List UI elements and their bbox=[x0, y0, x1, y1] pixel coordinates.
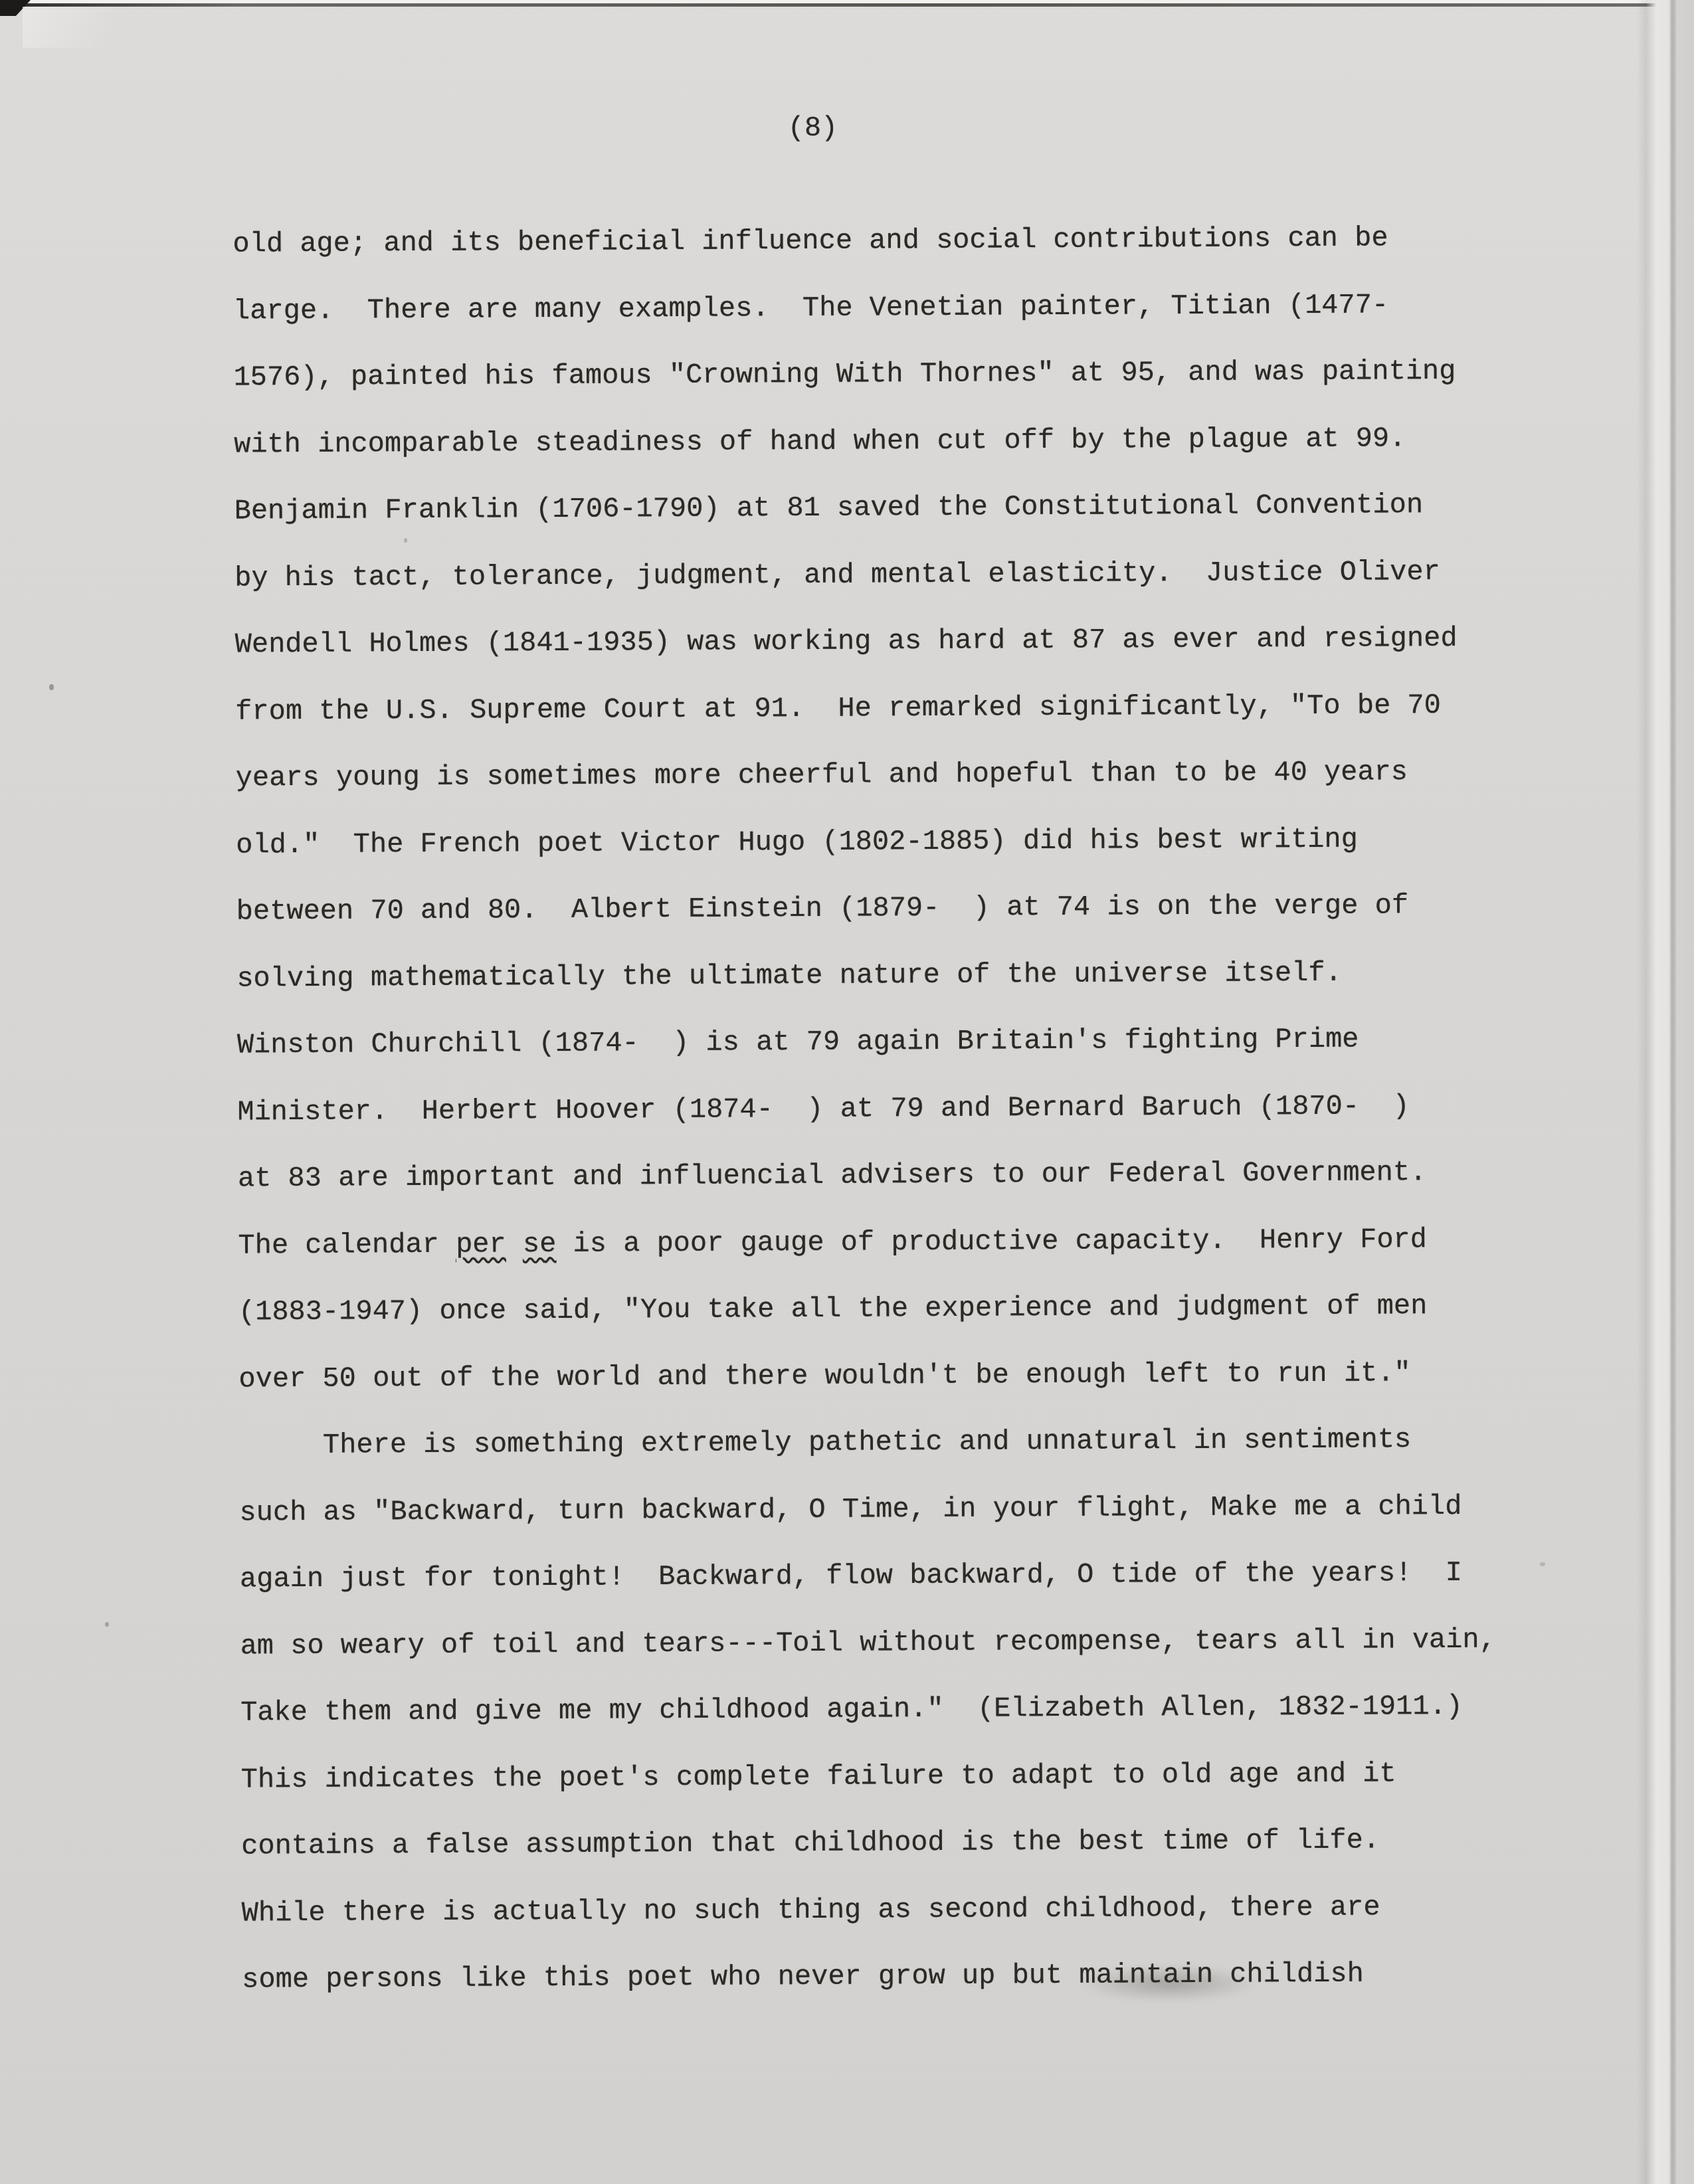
text-segment: This indicates the poet's complete failu… bbox=[241, 1758, 1396, 1795]
text-line: Benjamin Franklin (1706-1790) at 81 save… bbox=[234, 471, 1611, 545]
text-line: old." The French poet Victor Hugo (1802-… bbox=[236, 804, 1613, 878]
text-line: again just for tonight! Backward, flow b… bbox=[240, 1539, 1617, 1613]
text-line: Minister. Herbert Hoover (1874- ) at 79 … bbox=[237, 1071, 1614, 1145]
text-segment: 1576), painted his famous "Crowning With… bbox=[233, 355, 1456, 394]
text-line: old age; and its beneficial influence an… bbox=[233, 204, 1610, 278]
page-number: (8) bbox=[787, 95, 838, 161]
text-segment: solving mathematically the ultimate natu… bbox=[236, 956, 1342, 994]
text-segment: by his tact, tolerance, judgment, and me… bbox=[235, 555, 1440, 594]
underlined-term: se bbox=[523, 1228, 557, 1259]
text-segment: contains a false assumption that childho… bbox=[241, 1824, 1380, 1862]
text-segment: some persons like this poet who never gr… bbox=[242, 1958, 1364, 1996]
text-segment: with incomparable steadiness of hand whe… bbox=[234, 422, 1406, 460]
underlined-term: per bbox=[456, 1228, 506, 1260]
text-line: am so weary of toil and tears---Toil wit… bbox=[240, 1605, 1617, 1679]
text-line: at 83 are important and influencial advi… bbox=[238, 1138, 1615, 1212]
text-segment: from the U.S. Supreme Court at 91. He re… bbox=[235, 689, 1441, 727]
text-segment: Winston Churchill (1874- ) is at 79 agai… bbox=[237, 1024, 1359, 1061]
text-segment: again just for tonight! Backward, flow b… bbox=[240, 1557, 1462, 1595]
text-line: some persons like this poet who never gr… bbox=[242, 1940, 1619, 2013]
typed-content: (8) old age; and its beneficial influenc… bbox=[0, 0, 1694, 2184]
text-line: (1883-1947) once said, "You take all the… bbox=[238, 1272, 1616, 1346]
text-segment: between 70 and 80. Albert Einstein (1879… bbox=[236, 889, 1409, 927]
text-segment: over 50 out of the world and there would… bbox=[238, 1357, 1411, 1395]
scanned-document: (8) old age; and its beneficial influenc… bbox=[0, 0, 1694, 2184]
text-segment: such as "Backward, turn backward, O Time… bbox=[239, 1490, 1461, 1528]
text-line: While there is actually no such thing as… bbox=[241, 1872, 1618, 1946]
text-segment: old." The French poet Victor Hugo (1802-… bbox=[236, 823, 1358, 861]
text-line: Take them and give me my childhood again… bbox=[240, 1673, 1618, 1746]
text-segment: (1883-1947) once said, "You take all the… bbox=[238, 1290, 1428, 1328]
text-line: This indicates the poet's complete failu… bbox=[240, 1739, 1618, 1813]
text-line: over 50 out of the world and there would… bbox=[238, 1338, 1616, 1412]
text-segment: There is something extremely pathetic an… bbox=[239, 1423, 1412, 1461]
text-line: Wendell Holmes (1841-1935) was working a… bbox=[235, 604, 1612, 678]
text-segment: While there is actually no such thing as… bbox=[242, 1891, 1380, 1929]
text-line: There is something extremely pathetic an… bbox=[239, 1406, 1616, 1479]
document-body: old age; and its beneficial influence an… bbox=[233, 204, 1619, 2013]
text-line: with incomparable steadiness of hand whe… bbox=[234, 404, 1611, 478]
text-line: solving mathematically the ultimate natu… bbox=[236, 938, 1614, 1012]
text-segment: is a poor gauge of productive capacity. … bbox=[556, 1224, 1427, 1260]
text-segment: Take them and give me my childhood again… bbox=[240, 1690, 1463, 1729]
text-segment: large. There are many examples. The Vene… bbox=[233, 289, 1388, 327]
text-segment: old age; and its beneficial influence an… bbox=[233, 222, 1388, 260]
text-segment: Wendell Holmes (1841-1935) was working a… bbox=[235, 622, 1458, 661]
text-segment bbox=[506, 1228, 523, 1260]
text-segment: am so weary of toil and tears---Toil wit… bbox=[240, 1623, 1496, 1662]
text-segment: years young is sometimes more cheerful a… bbox=[236, 756, 1408, 794]
text-segment: at 83 are important and influencial advi… bbox=[238, 1156, 1427, 1194]
text-line: from the U.S. Supreme Court at 91. He re… bbox=[235, 671, 1612, 745]
text-line: contains a false assumption that childho… bbox=[241, 1806, 1618, 1880]
text-line: The calendar per se is a poor gauge of p… bbox=[238, 1205, 1615, 1279]
text-line: between 70 and 80. Albert Einstein (1879… bbox=[236, 871, 1614, 945]
text-line: Winston Churchill (1874- ) is at 79 agai… bbox=[237, 1005, 1614, 1079]
text-line: such as "Backward, turn backward, O Time… bbox=[239, 1472, 1616, 1546]
text-segment: Benjamin Franklin (1706-1790) at 81 save… bbox=[235, 489, 1424, 527]
text-line: large. There are many examples. The Vene… bbox=[233, 270, 1610, 344]
text-line: by his tact, tolerance, judgment, and me… bbox=[235, 537, 1612, 611]
text-line: 1576), painted his famous "Crowning With… bbox=[233, 337, 1610, 411]
text-line: years young is sometimes more cheerful a… bbox=[235, 738, 1612, 812]
text-segment: Minister. Herbert Hoover (1874- ) at 79 … bbox=[237, 1090, 1410, 1128]
text-segment: The calendar bbox=[238, 1228, 456, 1261]
